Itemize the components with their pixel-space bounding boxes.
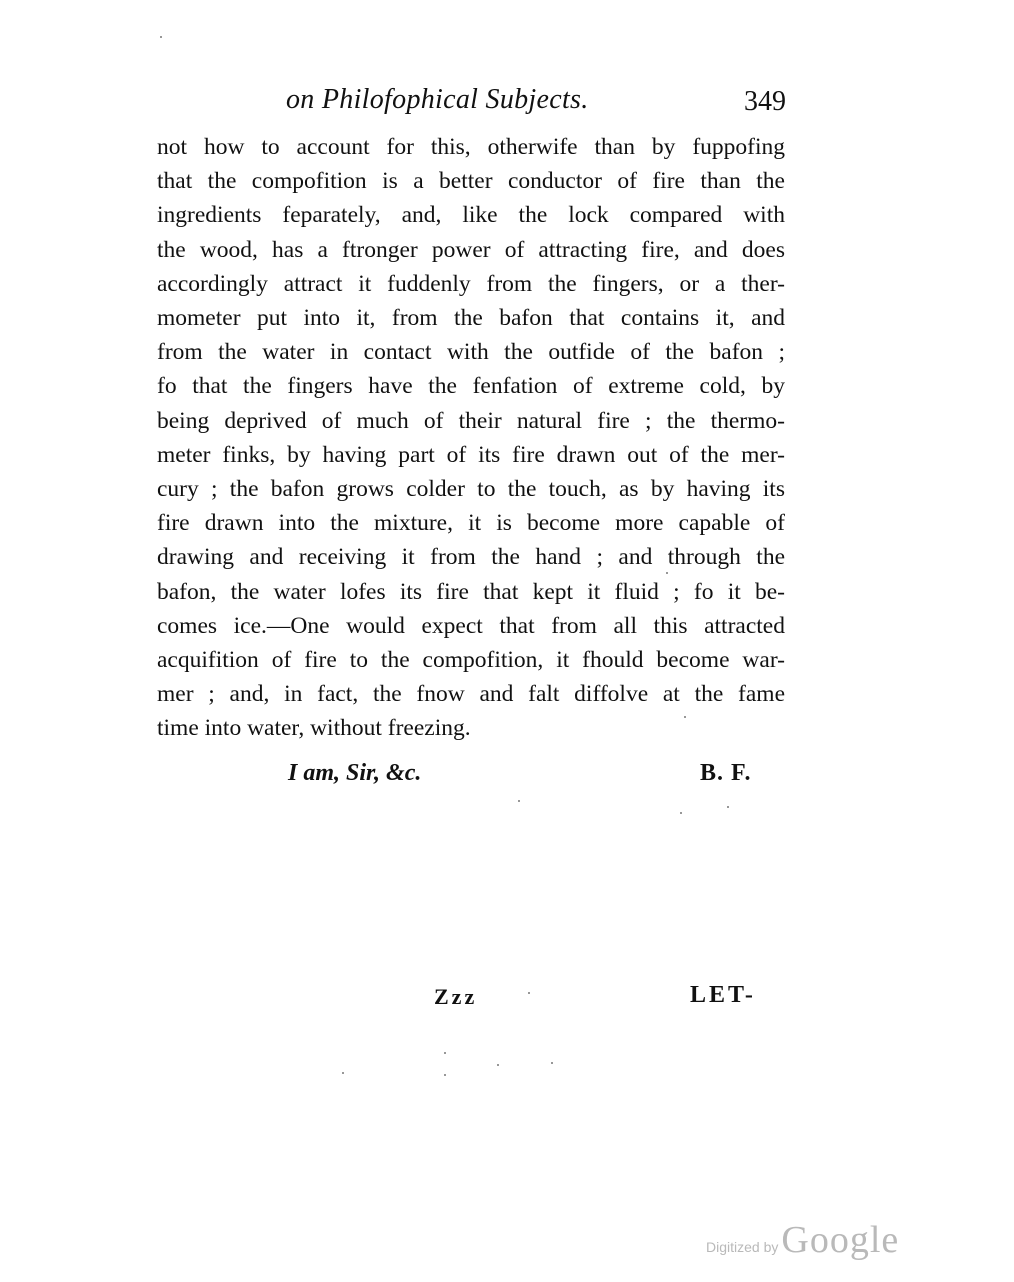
scan-speck bbox=[342, 1072, 344, 1074]
text-line: time into water, without freezing. bbox=[157, 711, 785, 745]
text-line: acquifition of fire to the compofition, … bbox=[157, 643, 785, 677]
scan-speck bbox=[497, 1064, 499, 1066]
text-line: the wood, has a ftronger power of attrac… bbox=[157, 233, 785, 267]
text-line: accordingly attract it fuddenly from the… bbox=[157, 267, 785, 301]
scan-speck bbox=[160, 36, 162, 38]
digitized-watermark: Digitized by Google bbox=[706, 1218, 899, 1262]
scan-speck bbox=[680, 812, 682, 814]
scan-speck bbox=[528, 992, 530, 994]
scan-speck bbox=[518, 800, 520, 802]
text-line: fo that the fingers have the fenfation o… bbox=[157, 369, 785, 403]
text-line: mer ; and, in fact, the fnow and falt di… bbox=[157, 677, 785, 711]
scan-speck bbox=[444, 1052, 446, 1054]
catchword: LET- bbox=[690, 982, 756, 1009]
text-line: being deprived of much of their natural … bbox=[157, 404, 785, 438]
closing-salutation: I am, Sir, &c. bbox=[288, 760, 421, 787]
signature: B. F. bbox=[700, 760, 751, 787]
running-head: on Philofophical Subjects. 349 bbox=[286, 84, 786, 124]
text-line: comes ice.—One would expect that from al… bbox=[157, 609, 785, 643]
google-logo: Google bbox=[781, 1218, 899, 1262]
text-line: cury ; the bafon grows colder to the tou… bbox=[157, 472, 785, 506]
scan-speck bbox=[684, 716, 686, 718]
text-line: fire drawn into the mixture, it is becom… bbox=[157, 506, 785, 540]
page-number: 349 bbox=[744, 86, 786, 118]
running-title: on Philofophical Subjects. bbox=[286, 84, 589, 116]
scan-speck bbox=[551, 1062, 553, 1064]
scan-speck bbox=[727, 806, 729, 808]
text-line: drawing and receiving it from the hand ;… bbox=[157, 540, 785, 574]
text-line: meter finks, by having part of its fire … bbox=[157, 438, 785, 472]
body-text: not how to account for this, otherwife t… bbox=[157, 130, 785, 746]
text-line: mometer put into it, from the bafon that… bbox=[157, 301, 785, 335]
scan-speck bbox=[444, 1074, 446, 1076]
text-line: from the water in contact with the outfi… bbox=[157, 335, 785, 369]
scan-speck bbox=[666, 572, 668, 574]
text-line: that the compofition is a better conduct… bbox=[157, 164, 785, 198]
signature-mark: Zzz bbox=[434, 984, 477, 1010]
text-line: bafon, the water lofes its fire that kep… bbox=[157, 575, 785, 609]
text-line: not how to account for this, otherwife t… bbox=[157, 130, 785, 164]
watermark-prefix: Digitized by bbox=[706, 1239, 778, 1255]
text-line: ingredients feparately, and, like the lo… bbox=[157, 198, 785, 232]
